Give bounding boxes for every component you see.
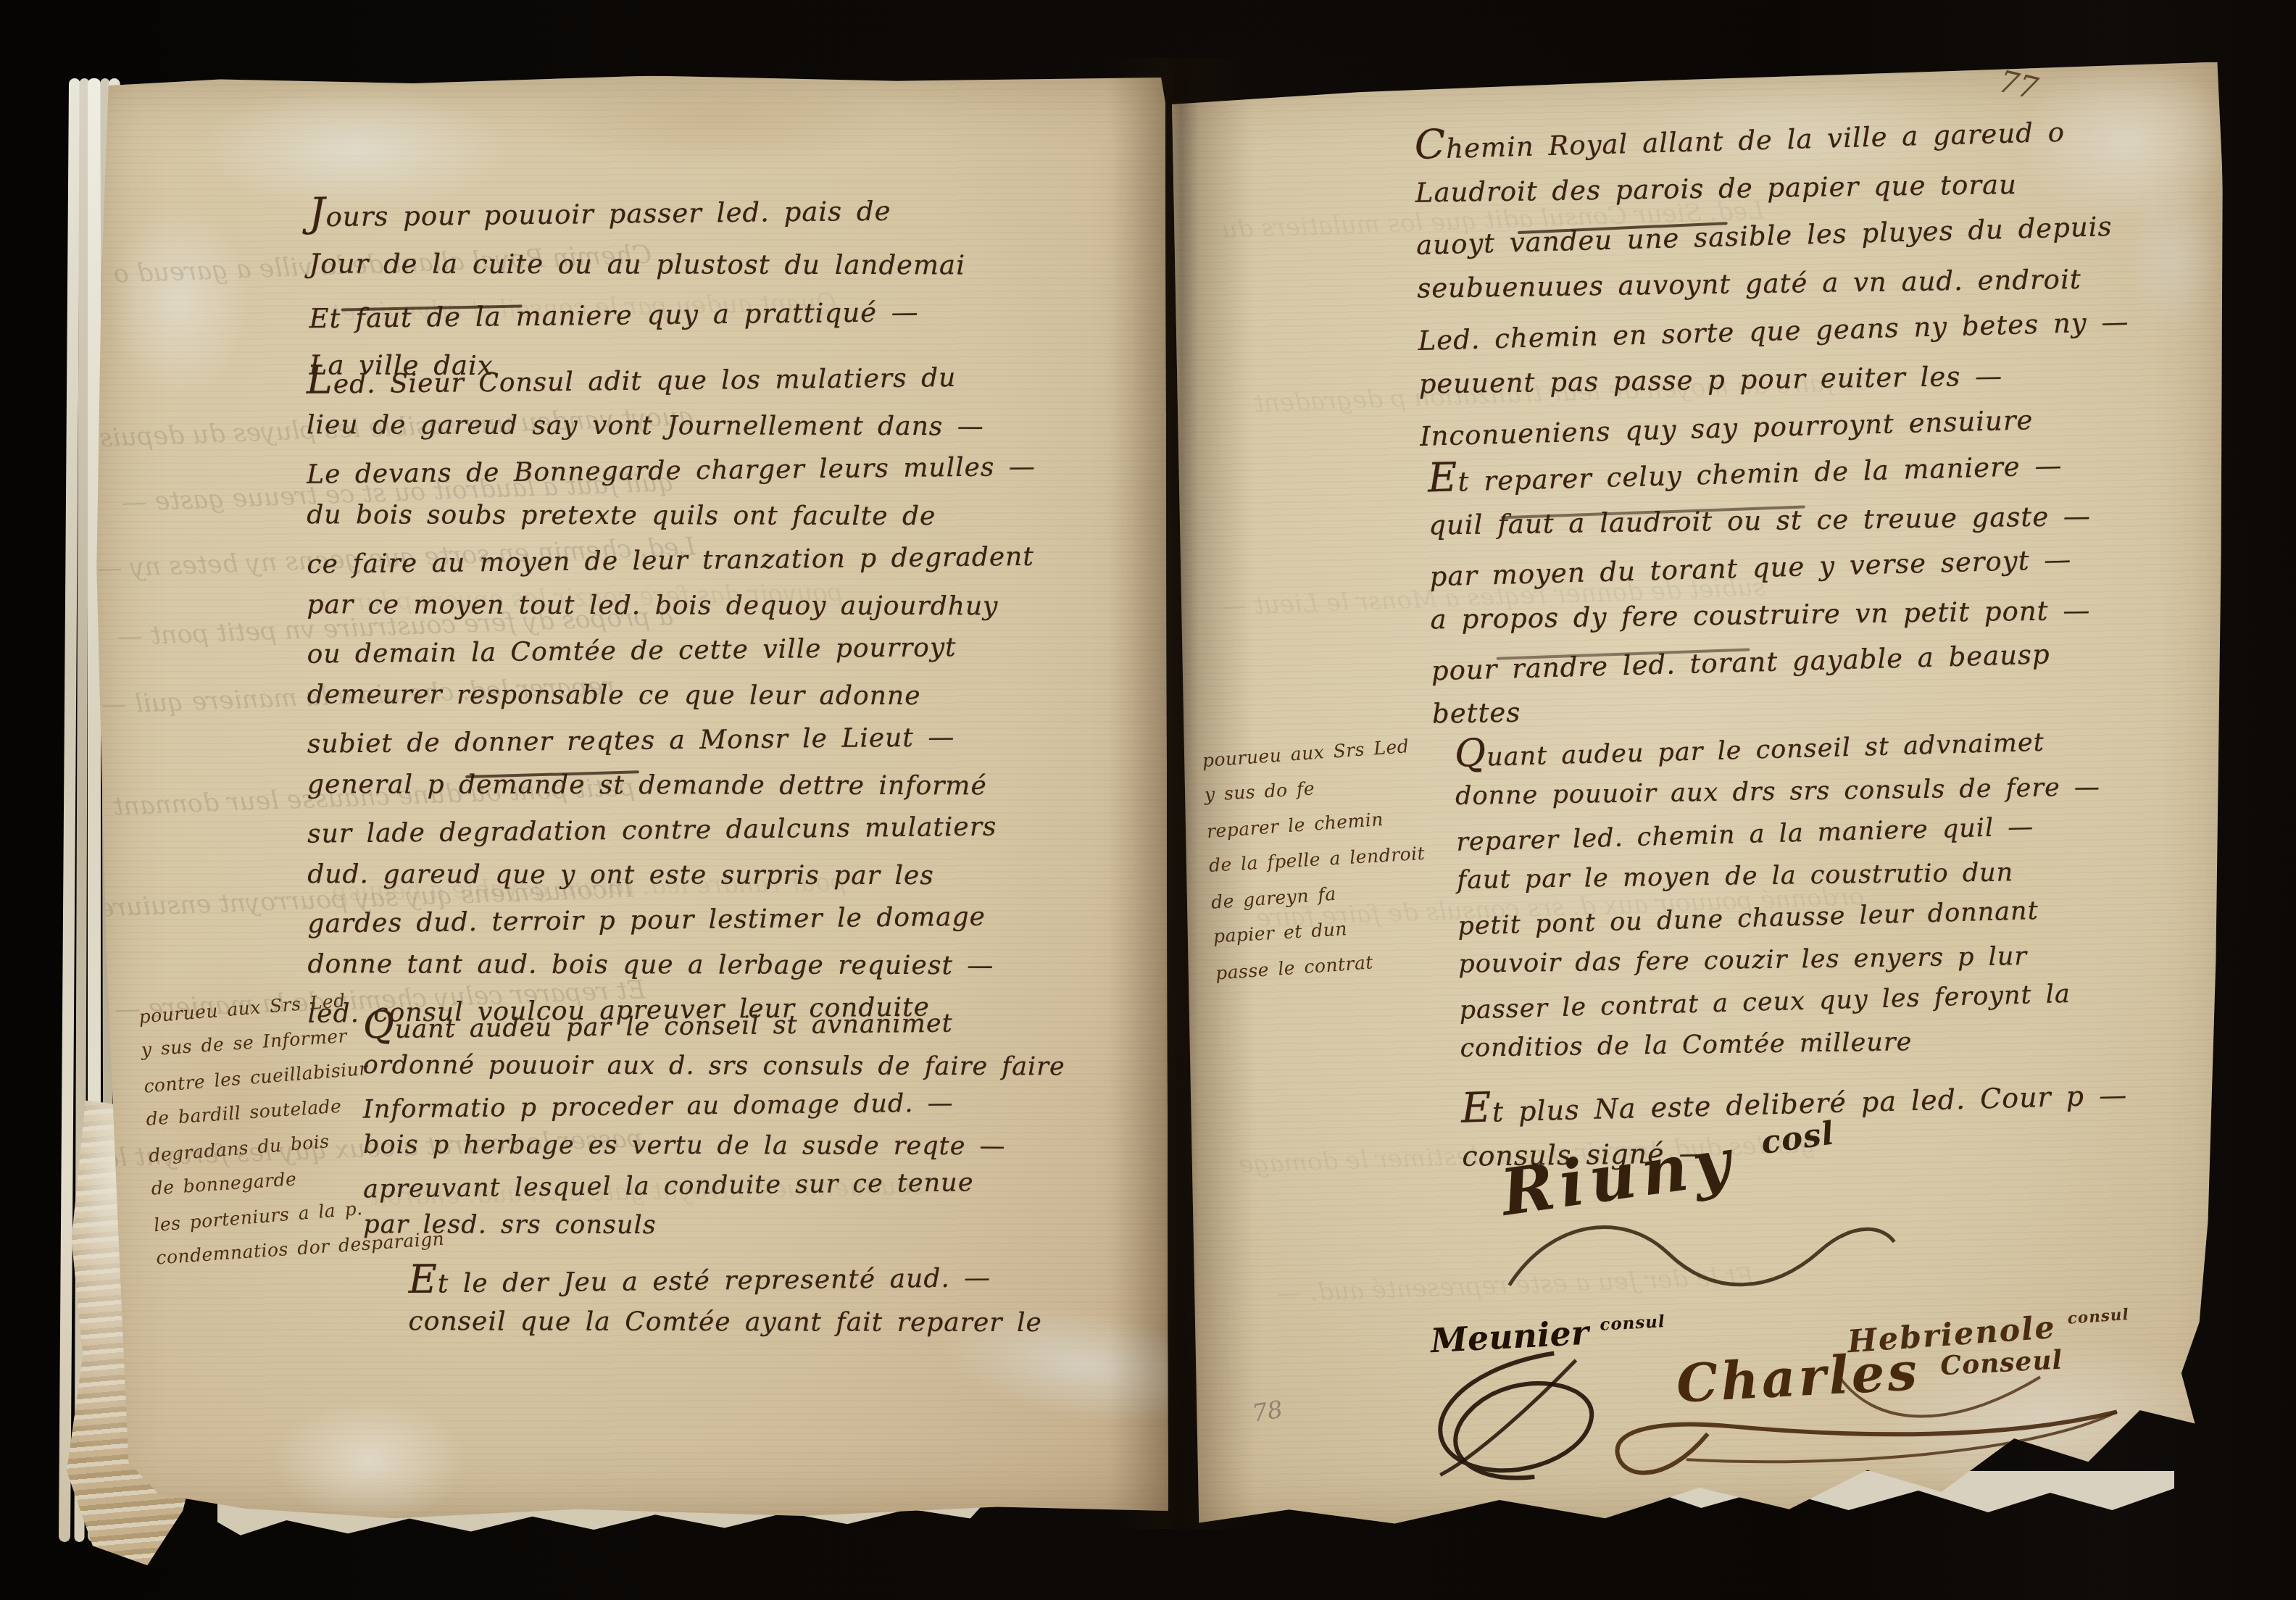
manuscript-line: gardes dud. terroir p pour lestimer le d… (307, 894, 1036, 947)
signature-title: cosl (1759, 1114, 1837, 1162)
signature-title: consul (1600, 1312, 1666, 1335)
signature-charles: Charles Conseul (1675, 1332, 2065, 1414)
folio-number-ink: 77 (1995, 63, 2041, 107)
manuscript-line: apreuvant lesquel la conduite sur ce ten… (363, 1162, 1065, 1209)
left-page-paragraph: Quant audeu par le conseil st avnanimeto… (363, 1001, 1066, 1246)
water-stain (2124, 181, 2221, 335)
manuscript-line: general p demande st demande dettre info… (307, 762, 1036, 809)
manuscript-line: conditios de la Comtée milleure (1460, 1018, 2105, 1069)
right-page-paragraph: Et reparer celuy chemin de la maniere —q… (1427, 440, 2095, 739)
manuscript-line: Led. Sieur Consul adit que los mulatiers… (307, 350, 1036, 408)
manuscript-line: demeurer responsable ce que leur adonne (307, 672, 1036, 719)
signature-paraph (1409, 1337, 1673, 1494)
signature-meunier: Meunier consul (1430, 1309, 1667, 1360)
manuscript-line: par lesd. srs consuls (363, 1205, 1065, 1246)
signature-name: Charles (1675, 1340, 1921, 1414)
left-page: Chemin Royal allant de la ville a gareud… (91, 75, 1168, 1520)
right-page: Led. Sieur Consul adit que los mulatiers… (1168, 62, 2247, 1528)
manuscript-line: Quant audeu par le conseil st avnanimet (362, 998, 1065, 1050)
manuscript-line: bois p herbage es vertu de la susde reqt… (363, 1125, 1065, 1167)
left-page-paragraph: Led. Sieur Consul adit que los mulatiers… (307, 353, 1037, 1033)
manuscript-photo: Chemin Royal allant de la ville a gareud… (0, 0, 2296, 1600)
signature-title: Conseul (1939, 1344, 2063, 1381)
manuscript-line: sur lade degradation contre daulcuns mul… (307, 804, 1036, 857)
manuscript-line: ordonné pouuoir aux d. srs consuls de fa… (363, 1046, 1065, 1087)
right-margin-note: pourueu aux Srs Ledy sus do fereparer le… (1201, 729, 1432, 991)
left-page-paragraph: Et le der Jeu a esté representé aud. —co… (408, 1254, 1041, 1343)
signature-name: Meunier (1430, 1313, 1590, 1361)
manuscript-line: ou demain la Comtée de cette ville pourr… (307, 625, 1036, 678)
water-stain (272, 1399, 467, 1522)
right-page-paragraph: Chemin Royal allant de la ville a gareud… (1414, 106, 2131, 458)
manuscript-line: du bois soubs pretexte quils ont faculte… (307, 493, 1036, 539)
manuscript-line: Et le der Jeu a esté representé aud. — (408, 1251, 1042, 1304)
folio-number-pencil: 78 (1250, 1395, 1285, 1428)
manuscript-line: conseil que la Comtée ayant fait reparer… (409, 1301, 1042, 1343)
manuscript-line: lieu de gareud say vont Journellement da… (307, 403, 1036, 449)
manuscript-line: ce faire au moyen de leur tranzation p d… (307, 535, 1036, 588)
manuscript-line: Jour de la cuite ou au plustost du lande… (309, 238, 965, 291)
manuscript-line: Jours pour pouuoir passer led. pais de (309, 181, 965, 243)
foxing-stain (526, 75, 903, 170)
manuscript-line: dud. gareud que y ont este surpris par l… (307, 852, 1036, 899)
manuscript-line: par ce moyen tout led. bois dequoy aujou… (307, 583, 1036, 629)
right-page-paragraph: Quant audeu par le conseil st advnaimetd… (1454, 719, 2105, 1071)
bleedthrough-text: Et le der Jeu a esté representé aud. — (1277, 1262, 1755, 1309)
manuscript-line: subiet de donner reqtes a Monsr le Lieut… (307, 714, 1036, 767)
manuscript-line: Et faut de la maniere quy a prattiqué — (309, 287, 965, 345)
manuscript-line: Le devans de Bonnegarde charger leurs mu… (307, 445, 1036, 498)
left-margin-note: pourueu aux Srs Ledy sus de se Informerc… (138, 978, 446, 1277)
signature-title: consul (2067, 1306, 2130, 1328)
water-stain (110, 204, 249, 399)
manuscript-line: Informatio p proceder au domage dud. — (363, 1083, 1065, 1130)
